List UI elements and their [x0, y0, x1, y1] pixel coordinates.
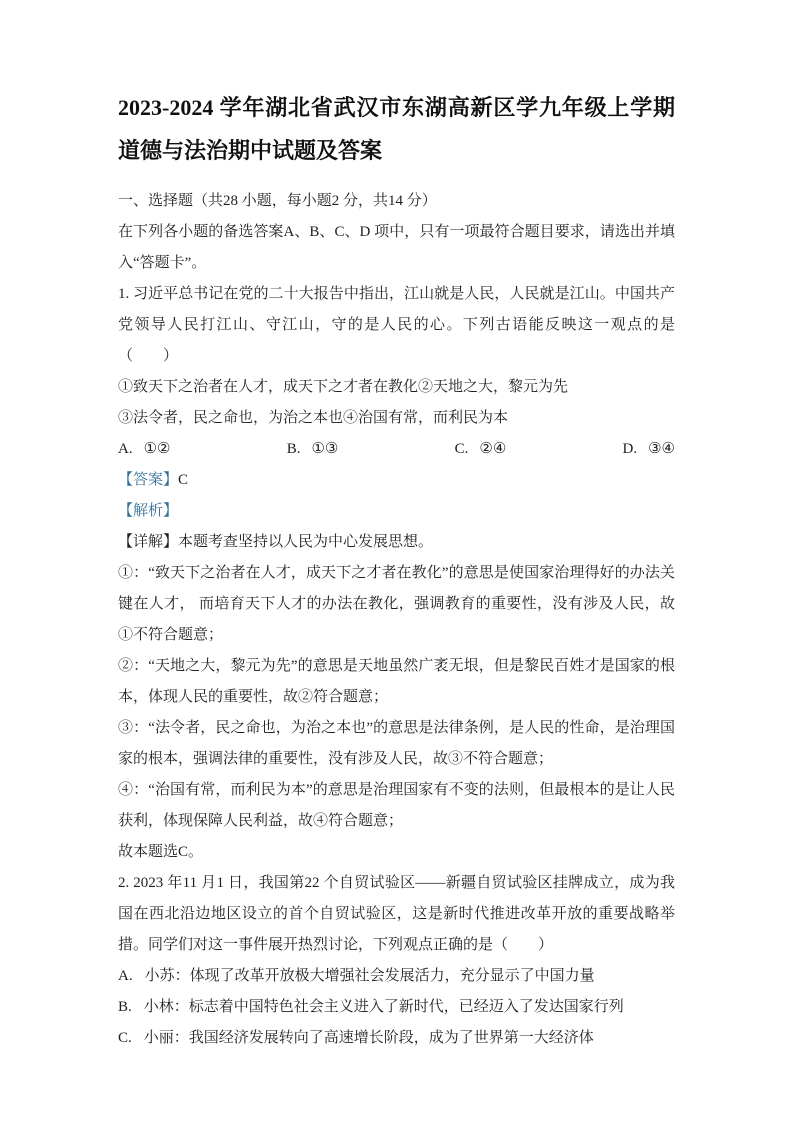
- question-1-option-a: A.①②: [118, 434, 171, 465]
- option-b-text: ①③: [311, 441, 338, 457]
- detail-conclusion: 故本题选C。: [118, 837, 675, 868]
- q2-option-c-text: 小丽：我国经济发展转向了高速增长阶段，成为了世界第一大经济体: [144, 1030, 594, 1046]
- answer-value: C: [178, 472, 188, 488]
- question-2-option-a: A.小苏：体现了改革开放极大增强社会发展活力，充分显示了中国力量: [118, 961, 675, 992]
- question-2-stem: 2. 2023 年11 月1 日，我国第22 个自贸试验区——新疆自贸试验区挂牌…: [118, 868, 675, 961]
- option-a-text: ①②: [144, 441, 171, 457]
- detail-paragraph-4: ③：“法令者，民之命也，为治之本也”的意思是法律条例，是人民的性命，是治理国家的…: [118, 713, 675, 775]
- q2-option-b-text: 小林：标志着中国特色社会主义进入了新时代，已经迈入了发达国家行列: [144, 999, 624, 1015]
- option-c-label: C.: [455, 441, 469, 457]
- detail-paragraph-3: ②：“天地之大，黎元为先”的意思是天地虽然广袤无垠，但是黎民百姓才是国家的根本，…: [118, 651, 675, 713]
- question-2-option-c: C.小丽：我国经济发展转向了高速增长阶段，成为了世界第一大经济体: [118, 1023, 675, 1054]
- answer-label: 【答案】: [118, 472, 178, 488]
- detail-paragraph-2: ①：“致天下之治者在人才，成天下之才者在教化”的意思是使国家治理得好的办法关键在…: [118, 558, 675, 651]
- option-c-text: ②④: [479, 441, 506, 457]
- answer-line: 【答案】C: [118, 465, 675, 496]
- q2-option-a-label: A.: [118, 968, 133, 984]
- analysis-line: 【解析】: [118, 496, 675, 527]
- section-heading: 一、选择题（共28 小题，每小题2 分，共14 分）: [118, 186, 675, 217]
- q2-option-a-text: 小苏：体现了改革开放极大增强社会发展活力，充分显示了中国力量: [145, 968, 595, 984]
- question-1-option-d: D.③④: [623, 434, 676, 465]
- question-1-option-b: B.①③: [287, 434, 339, 465]
- analysis-label: 【解析】: [118, 503, 178, 519]
- option-d-label: D.: [623, 441, 638, 457]
- question-1-stem: 1. 习近平总书记在党的二十大报告中指出，江山就是人民，人民就是江山。中国共产党…: [118, 279, 675, 372]
- question-1-subitems-line-1: ①致天下之治者在人才，成天下之才者在教化②天地之大，黎元为先: [118, 372, 675, 403]
- detail-paragraph-5: ④：“治国有常，而利民为本”的意思是治理国家有不变的法则，但最根本的是让人民获利…: [118, 775, 675, 837]
- q2-option-c-label: C.: [118, 1030, 132, 1046]
- detail-paragraph-1: 【详解】本题考查坚持以人民为中心发展思想。: [118, 527, 675, 558]
- option-a-label: A.: [118, 441, 133, 457]
- option-b-label: B.: [287, 441, 301, 457]
- instructions-paragraph: 在下列各小题的备选答案A、B、C、D 项中，只有一项最符合题目要求，请选出并填入…: [118, 217, 675, 279]
- question-1-option-c: C.②④: [455, 434, 507, 465]
- question-1-options-row: A.①② B.①③ C.②④ D.③④: [118, 434, 675, 465]
- question-1-subitems-line-2: ③法令者，民之命也，为治之本也④治国有常，而利民为本: [118, 403, 675, 434]
- doc-title: 2023-2024 学年湖北省武汉市东湖高新区学九年级上学期道德与法治期中试题及…: [118, 86, 675, 172]
- q2-option-b-label: B.: [118, 999, 132, 1015]
- option-d-text: ③④: [648, 441, 675, 457]
- question-2-option-b: B.小林：标志着中国特色社会主义进入了新时代，已经迈入了发达国家行列: [118, 992, 675, 1023]
- document-page: 2023-2024 学年湖北省武汉市东湖高新区学九年级上学期道德与法治期中试题及…: [0, 0, 793, 1122]
